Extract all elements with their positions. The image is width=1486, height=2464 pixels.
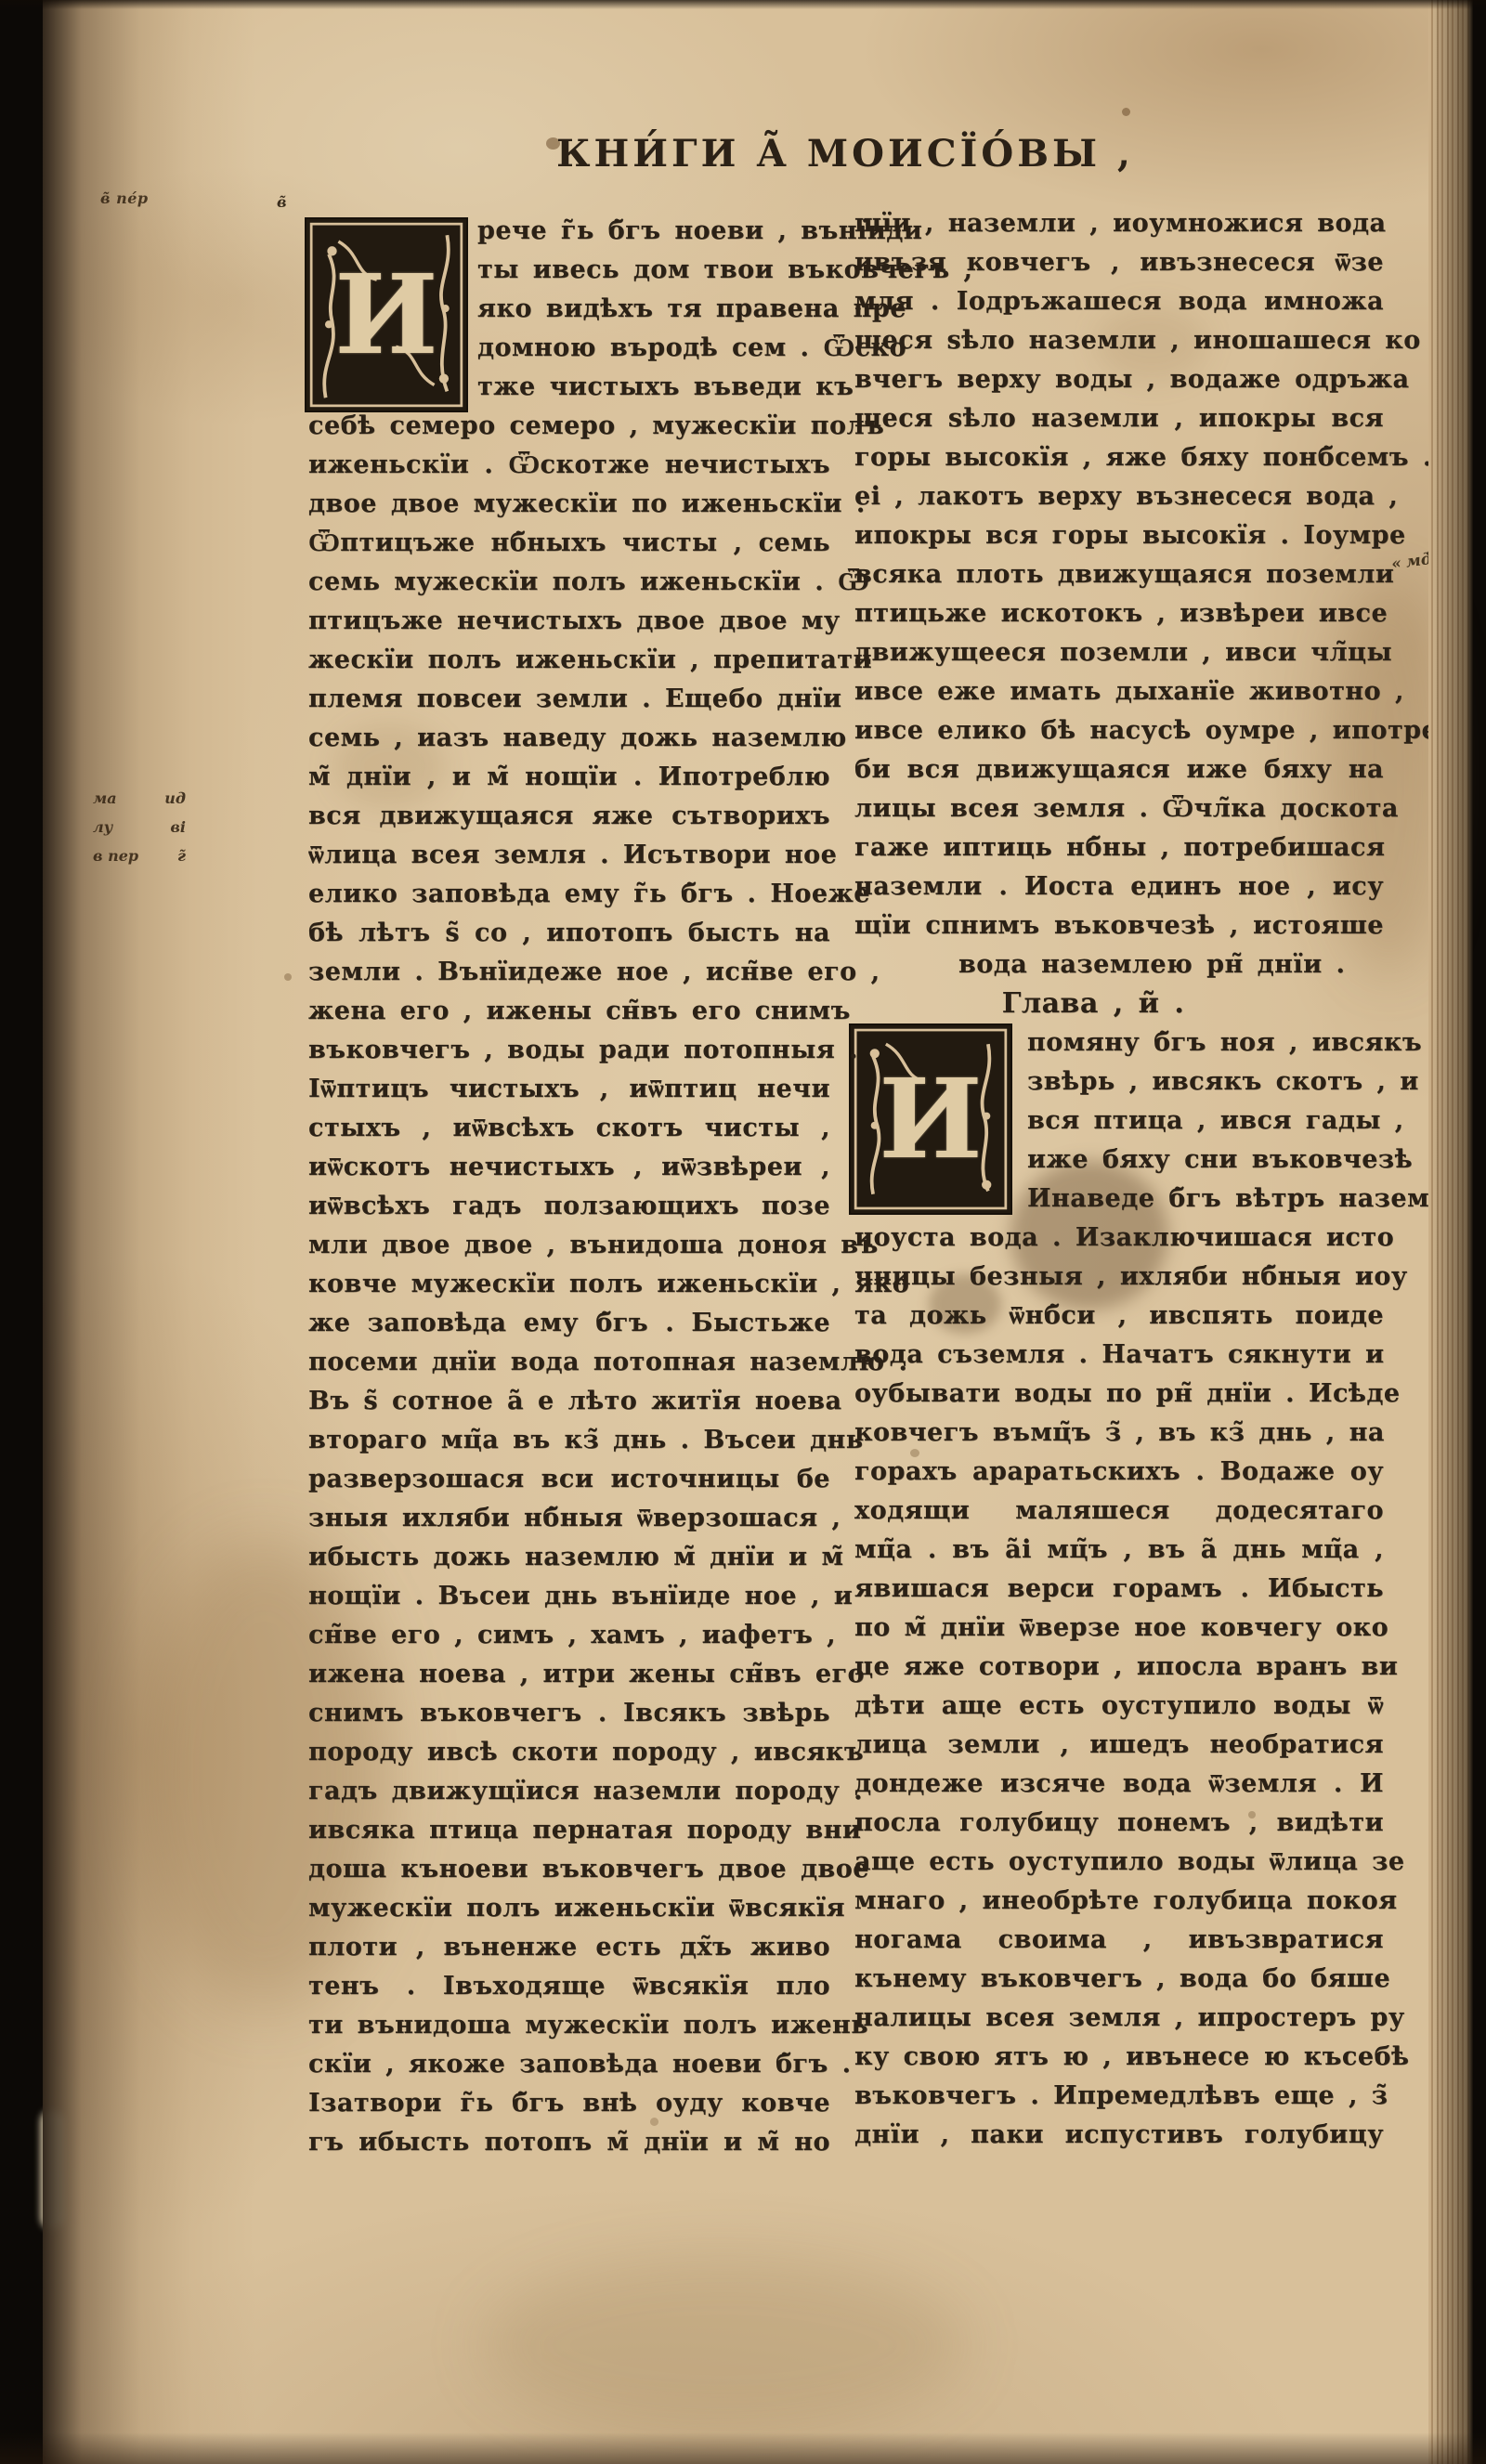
- margin-note-reference: в̃ пе́р: [100, 189, 149, 207]
- text-line: въковчегъ , воды ради потопныя .: [308, 1031, 830, 1070]
- text-line: двое двое мужескїи по иженьскїи .: [308, 485, 830, 524]
- text-line: вода наземлею рн̃ днїи .: [958, 945, 1384, 984]
- text-line: мц̃а . въ а̃і мц̃ъ , въ а̃ днь мц̃а ,: [854, 1531, 1384, 1570]
- text-line: дѣти аще есть оуступило воды ѿ: [854, 1687, 1384, 1726]
- text-line: посеми днїи вода потопная наземлю .: [308, 1343, 830, 1382]
- text-line: ногама своима , ивъзвратися: [854, 1921, 1384, 1960]
- text-line: ти вънидоша мужескїи полъ ижень: [308, 2006, 830, 2045]
- text-line: стыхъ , иѿвсѣхъ скотъ чисты ,: [308, 1109, 830, 1148]
- text-line: же заповѣда ему б̃гъ . Быстьже: [308, 1304, 830, 1343]
- text-line: ивсяка птица пернатая породу вни: [308, 1811, 830, 1850]
- text-line: Ізатвори г̃ь б̃гъ внѣ оуду ковче: [308, 2084, 830, 2123]
- text-line: разверзошася вси источницы бе: [308, 1460, 830, 1499]
- text-line: горахъ араратьскихъ . Водаже оу: [854, 1453, 1384, 1492]
- text-line: мнаго , инеобрѣте голубица покоя: [854, 1882, 1384, 1921]
- text-line: всяка плоть движущаяся поземли: [854, 555, 1384, 594]
- text-line: Инаведе б̃гъ вѣтръ наземлю: [1027, 1180, 1384, 1219]
- text-line: плоти , въненже есть дх̃ъ живо: [308, 1928, 830, 1967]
- text-line: иѿвсѣхъ гадъ ползающихъ позе: [308, 1187, 830, 1226]
- text-line: ѿлица всея земля . Исътвори ное: [308, 836, 830, 875]
- text-line: наземли . Иоста единъ ное , ису: [854, 867, 1384, 906]
- text-line: яко видѣхъ тя правена пре: [477, 290, 830, 329]
- text-line: втораго мц̃а въ кз̃ днь . Въсеи днь: [308, 1421, 830, 1460]
- text-line: гъ ибысть потопъ м̃ днїи и м̃ но: [308, 2123, 830, 2162]
- text-line: семь мужескїи полъ иженьскїи . Ѿ: [308, 563, 830, 602]
- text-line: ижена ноева , итри жены сн̃въ его: [308, 1655, 830, 1694]
- text-line: елико заповѣда ему г̃ь б̃гъ . Ноеже: [308, 875, 830, 914]
- margin-note-book: лу: [93, 818, 112, 847]
- text-column-right: щїи , наземли , иоумножися водаивъзя ков…: [854, 204, 1384, 2155]
- text-line: доша къноеви въковчегъ двое двое: [308, 1850, 830, 1889]
- text-line: це яже сотвори , ипосла вранъ ви: [854, 1648, 1384, 1687]
- running-title: КНИ́ГИ А̃ МОИСЇО́ВЫ ,: [520, 132, 1170, 176]
- margin-note-row: ма ид: [93, 789, 186, 818]
- text-line: днїи , паки испустивъ голубицу: [854, 2116, 1384, 2155]
- text-line: чницы безныя , ихляби нб̃ныя иоу: [854, 1258, 1384, 1297]
- text-line: горы высокїя , яже бяху понб̃семъ .: [854, 438, 1384, 477]
- margin-note-chapter: ві: [170, 818, 186, 847]
- text-line: оубывати воды по рн̃ днїи . Исѣде: [854, 1375, 1384, 1414]
- text-line: породу ивсѣ скоти породу , ивсякъ: [308, 1733, 830, 1772]
- text-line: иѿскотъ нечистыхъ , иѿзвѣреи ,: [308, 1148, 830, 1187]
- margin-notes-block: ма ид лу ві в пер г̃: [93, 789, 186, 876]
- text-line: нощїи . Въсеи днь вънїиде ное , и: [308, 1577, 830, 1616]
- text-line: ивсе елико бѣ насусѣ оумре , ипотре: [854, 711, 1384, 750]
- text-line: зныя ихляби нб̃ныя ѿверзошася ,: [308, 1499, 830, 1538]
- page-edge-tear: [41, 2110, 63, 2229]
- text-line: звѣрь , ивсякъ скотъ , и: [1027, 1063, 1384, 1102]
- text-line: въковчегъ . Ипремедлѣвъ еще , з̃: [854, 2077, 1384, 2116]
- text-line: шеся ѕѣло наземли , ипокры вся: [854, 399, 1384, 438]
- text-line: гадъ движущїися наземли породу .: [308, 1772, 830, 1811]
- text-line: мля . Іодръжашеся вода имножа: [854, 282, 1384, 321]
- chapter-heading: Глава , и̃ .: [828, 984, 1358, 1023]
- text-line: сн̃ве его , симъ , хамъ , иафетъ ,: [308, 1616, 830, 1655]
- margin-note-chapter: ид: [164, 789, 186, 818]
- text-line: ипокры вся горы высокїя . Іоумре: [854, 516, 1384, 555]
- text-line: лицы всея земля . Ѿчл̃ка доскота: [854, 789, 1384, 828]
- text-line: явишася верси горамъ . Ибысть: [854, 1570, 1384, 1609]
- text-line: щїи , наземли , иоумножися вода: [854, 204, 1384, 243]
- text-line: иже бяху сни въковчезѣ .: [1027, 1141, 1384, 1180]
- text-line: би вся движущаяся иже бяху на: [854, 750, 1384, 789]
- text-line: Въ ѕ̃ сотное а̃ е лѣто житїя ноева: [308, 1382, 830, 1421]
- text-line: налицы всея земля , ипростеръ ру: [854, 1999, 1384, 2038]
- text-line: ковче мужескїи полъ иженьскїи , яко: [308, 1265, 830, 1304]
- text-line: вся птица , ився гады ,: [1027, 1102, 1384, 1141]
- text-line: иоуста вода . Изаключишася исто: [854, 1219, 1384, 1258]
- text-line: рече г̃ь б̃гъ ноеви , вънїиди: [477, 212, 830, 251]
- text-line: птицъже нечистыхъ двое двое му: [308, 602, 830, 641]
- text-line: по м̃ днїи ѿверзе ное ковчегу око: [854, 1609, 1384, 1648]
- text-line: ку свою ятъ ю , ивънесе ю късебѣ: [854, 2038, 1384, 2077]
- text-line: мли двое двое , вънидоша доноя въ: [308, 1226, 830, 1265]
- text-line: тенъ . Івъходяще ѿвсякїя пло: [308, 1967, 830, 2006]
- text-column-left: рече г̃ь б̃гъ ноеви , вънїидиты ивесь до…: [308, 212, 830, 2162]
- text-line: Іѿптицъ чистыхъ , иѿптиц нечи: [308, 1070, 830, 1109]
- text-line: племя повсеи земли . Ещебо днїи: [308, 680, 830, 719]
- text-line: шеся ѕѣло наземли , иношашеся ко: [854, 321, 1384, 360]
- margin-note-book: ма: [93, 789, 117, 818]
- text-line: жена его , ижены сн̃въ его снимъ: [308, 992, 830, 1031]
- text-line: семь , иазъ наведу дожь наземлю: [308, 719, 830, 758]
- text-line: помяну б̃гъ ноя , ивсякъ: [1027, 1023, 1384, 1063]
- text-line: лица земли , ишедъ необратися: [854, 1726, 1384, 1765]
- text-line: домною въродѣ сем . Ѿско: [477, 329, 830, 368]
- text-line: тже чистыхъ въведи къ: [477, 368, 830, 407]
- text-line: ковчегъ въмц̃ъ з̃ , въ кз̃ днь , на: [854, 1414, 1384, 1453]
- text-line: земли . Вънїидеже ное , исн̃ве его ,: [308, 953, 830, 992]
- text-line: аще есть оуступило воды ѿлица зе: [854, 1843, 1384, 1882]
- text-line: птицьже искотокъ , извѣреи ивсе: [854, 594, 1384, 633]
- text-line: вода съземля . Начатъ сякнути и: [854, 1336, 1384, 1375]
- text-line: дондеже изсяче вода ѿземля . И: [854, 1765, 1384, 1804]
- text-line: вчегъ верху воды , водаже одръжа: [854, 360, 1384, 399]
- text-line: ибысть дожь наземлю м̃ днїи и м̃: [308, 1538, 830, 1577]
- text-line: ивсе еже имать дыханїе животно ,: [854, 672, 1384, 711]
- text-line: себѣ семеро семеро , мужескїи полъ: [308, 407, 830, 446]
- text-line: ходящи маляшеся додесятаго: [854, 1492, 1384, 1531]
- margin-note-chapter: г̃: [177, 847, 186, 876]
- bottom-edge-shadow: [0, 2432, 1486, 2464]
- text-line: Ѿптицъже нб̃ныхъ чисты , семь: [308, 524, 830, 563]
- text-line: гаже иптиць нб̃ны , потребишася: [854, 828, 1384, 867]
- text-line: иженьскїи . Ѿскотже нечистыхъ: [308, 446, 830, 485]
- page-stack-edges: [1428, 0, 1473, 2464]
- margin-note-row: лу ві: [93, 818, 186, 847]
- text-line: бѣ лѣтъ ѕ̃ со , ипотопъ бысть на: [308, 914, 830, 953]
- text-line: мужескїи полъ иженьскїи ѿвсякїя: [308, 1889, 830, 1928]
- text-line: кънему въковчегъ , вода бо бяше: [854, 1960, 1384, 1999]
- text-line: м̃ днїи , и м̃ нощїи . Ипотреблю: [308, 758, 830, 797]
- text-line: посла голубицу понемъ , видѣти: [854, 1804, 1384, 1843]
- text-line: вся движущаяся яже сътворихъ: [308, 797, 830, 836]
- text-line: та дожь ѿнб̃си , ивспять поиде: [854, 1297, 1384, 1336]
- text-line: жескїи полъ иженьскїи , препитати: [308, 641, 830, 680]
- text-line: щїи спнимъ въковчезѣ , истояше: [854, 906, 1384, 945]
- text-line: снимъ въковчегъ . Івсякъ звѣрь: [308, 1694, 830, 1733]
- book-scan: КНИ́ГИ А̃ МОИСЇО́ВЫ , в̃ пе́р в̃ ма ид л…: [0, 0, 1486, 2464]
- text-line: движущееся поземли , ивси чл̃цы: [854, 633, 1384, 672]
- margin-note-book: в пер: [93, 847, 138, 876]
- text-line: еі , лакотъ верху възнесеся вода ,: [854, 477, 1384, 516]
- text-line: скїи , якоже заповѣда ноеви б̃гъ .: [308, 2045, 830, 2084]
- text-line: ивъзя ковчегъ , ивъзнесеся ѿзе: [854, 243, 1384, 282]
- top-edge-shadow: [0, 0, 1486, 9]
- margin-note-number: в̃: [277, 193, 287, 211]
- text-line: ты ивесь дом твои въковчегъ ,: [477, 251, 830, 290]
- margin-note-row: в пер г̃: [93, 847, 186, 876]
